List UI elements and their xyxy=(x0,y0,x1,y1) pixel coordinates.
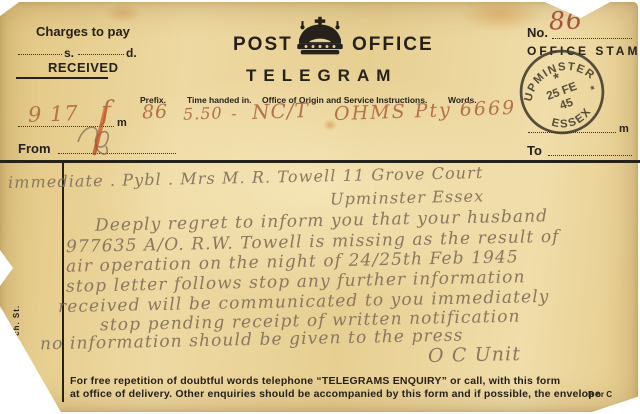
office-label: OFFICE xyxy=(352,34,434,56)
address-line2-handwritten: Upminster Essex xyxy=(330,186,485,208)
footer-line2: at office of delivery. Other enquiries s… xyxy=(70,388,601,400)
charges-to-pay-label: Charges to pay xyxy=(36,24,130,39)
post-label: POST xyxy=(233,34,293,56)
pence-label: d. xyxy=(126,46,137,60)
signature-handwritten: O C Unit xyxy=(428,343,521,367)
postmark-side-star: * xyxy=(589,83,598,96)
received-label: RECEIVED xyxy=(48,60,118,75)
message-box-left-rule xyxy=(62,160,64,402)
crown-icon xyxy=(292,14,348,58)
to-label: To xyxy=(527,143,542,158)
received-underline xyxy=(16,77,108,79)
no-label: No. xyxy=(527,25,548,40)
shillings-line xyxy=(18,54,62,55)
right-m-label: m xyxy=(619,123,629,135)
from-label: From xyxy=(18,141,51,156)
telegram-scan: Charges to pay s. d. RECEIVED POST OFFIC… xyxy=(0,0,640,414)
dash-handwritten: - xyxy=(231,104,238,123)
origin-value-handwritten: NC/T xyxy=(252,98,310,124)
time-handed-handwritten: 5.50 xyxy=(183,103,223,123)
footer-form-code: B or C xyxy=(588,390,612,399)
footer-line1: For free repetition of doubtful words te… xyxy=(70,375,560,387)
telegram-title: TELEGRAM xyxy=(246,66,397,86)
right-m-line xyxy=(528,132,616,133)
pence-line xyxy=(78,54,124,55)
shillings-label: s. xyxy=(64,46,74,60)
prefix-value-handwritten: 86 xyxy=(142,101,169,124)
to-line xyxy=(548,155,632,156)
message-box-top-rule xyxy=(0,160,640,163)
